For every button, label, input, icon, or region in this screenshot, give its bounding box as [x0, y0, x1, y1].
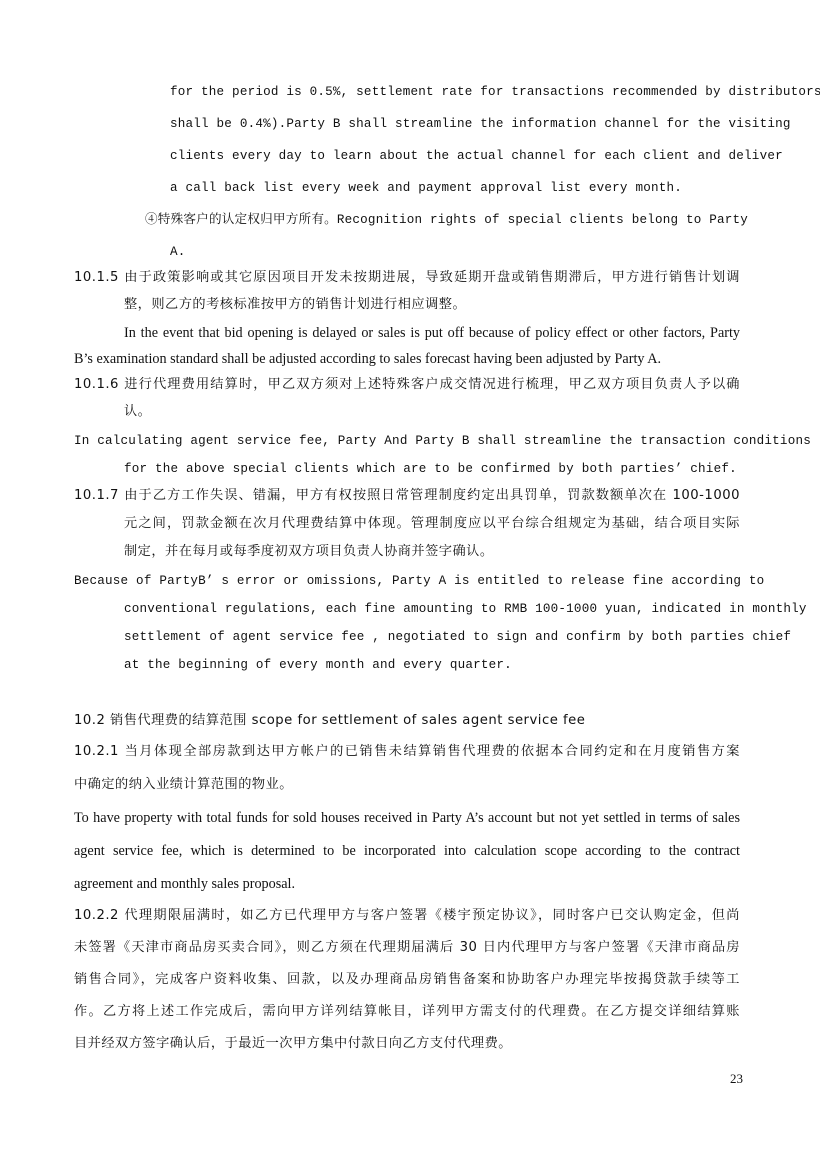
paragraph-line: settlement of agent service fee , negoti… — [124, 628, 740, 646]
paragraph-line: Because of PartyB’ s error or omissions,… — [74, 572, 740, 590]
clause-10-2-2: 10.2.2 代理期限届满时，如乙方已代理甲方与客户签署《楼宇预定协议》，同时客… — [74, 907, 740, 925]
paragraph-line: B’s examination standard shall be adjust… — [74, 350, 661, 368]
page-number: 23 — [730, 1071, 743, 1087]
clause-10-1-7: 10.1.7 由于乙方工作失误、错漏，甲方有权按照日常管理制度约定出具罚单，罚款… — [74, 487, 740, 505]
paragraph-line: a call back list every week and payment … — [170, 179, 682, 197]
paragraph-line: 中确定的纳入业绩计算范围的物业。 — [74, 776, 293, 794]
paragraph-line: 整，则乙方的考核标准按甲方的销售计划进行相应调整。 — [124, 296, 466, 314]
paragraph-line: for the period is 0.5%, settlement rate … — [170, 83, 740, 101]
paragraph-line: 制定，并在每月或每季度初双方项目负责人协商并签字确认。 — [124, 543, 494, 561]
section-heading-10-2: 10.2 销售代理费的结算范围 scope for settlement of … — [74, 712, 585, 730]
paragraph-line: In calculating agent service fee, Party … — [74, 432, 740, 450]
paragraph-line: clients every day to learn about the act… — [170, 147, 740, 165]
clause-10-1-6: 10.1.6 进行代理费用结算时，甲乙双方须对上述特殊客户成交情况进行梳理，甲乙… — [74, 376, 740, 394]
paragraph-line: 未签署《天津市商品房买卖合同》，则乙方须在代理期届满后 30 日内代理甲方与客户… — [74, 939, 740, 957]
paragraph-line: conventional regulations, each fine amou… — [124, 600, 740, 618]
paragraph-line: for the above special clients which are … — [124, 460, 737, 478]
paragraph-line: 元之间，罚款金额在次月代理费结算中体现。管理制度应以平台综合组规定为基础，结合项… — [124, 515, 740, 533]
paragraph-line: shall be 0.4%).Party B shall streamline … — [170, 115, 740, 133]
document-page: for the period is 0.5%, settlement rate … — [0, 0, 820, 1159]
paragraph-line: 认。 — [124, 403, 151, 421]
paragraph-line: agreement and monthly sales proposal. — [74, 875, 295, 893]
paragraph-line: at the beginning of every month and ever… — [124, 656, 512, 674]
paragraph-line: 销售合同》，完成客户资料收集、回款，以及办理商品房销售备案和协助客户办理完毕按揭… — [74, 971, 740, 989]
paragraph-line: 作。乙方将上述工作完成后，需向甲方详列结算帐目，详列甲方需支付的代理费。在乙方提… — [74, 1003, 740, 1021]
paragraph-line: agent service fee, which is determined t… — [74, 842, 740, 860]
paragraph-line: A. — [170, 243, 186, 261]
paragraph-line: In the event that bid opening is delayed… — [124, 324, 740, 342]
paragraph-line: To have property with total funds for so… — [74, 809, 740, 827]
clause-10-1-5: 10.1.5 由于政策影响或其它原因项目开发未按期进展，导致延期开盘或销售期滞后… — [74, 269, 740, 287]
paragraph-line: 目并经双方签字确认后，于最近一次甲方集中付款日向乙方支付代理费。 — [74, 1035, 512, 1053]
clause-10-2-1: 10.2.1 当月体现全部房款到达甲方帐户的已销售未结算销售代理费的依据本合同约… — [74, 743, 740, 761]
list-item-4: ④特殊客户的认定权归甲方所有。Recognition rights of spe… — [145, 211, 740, 229]
